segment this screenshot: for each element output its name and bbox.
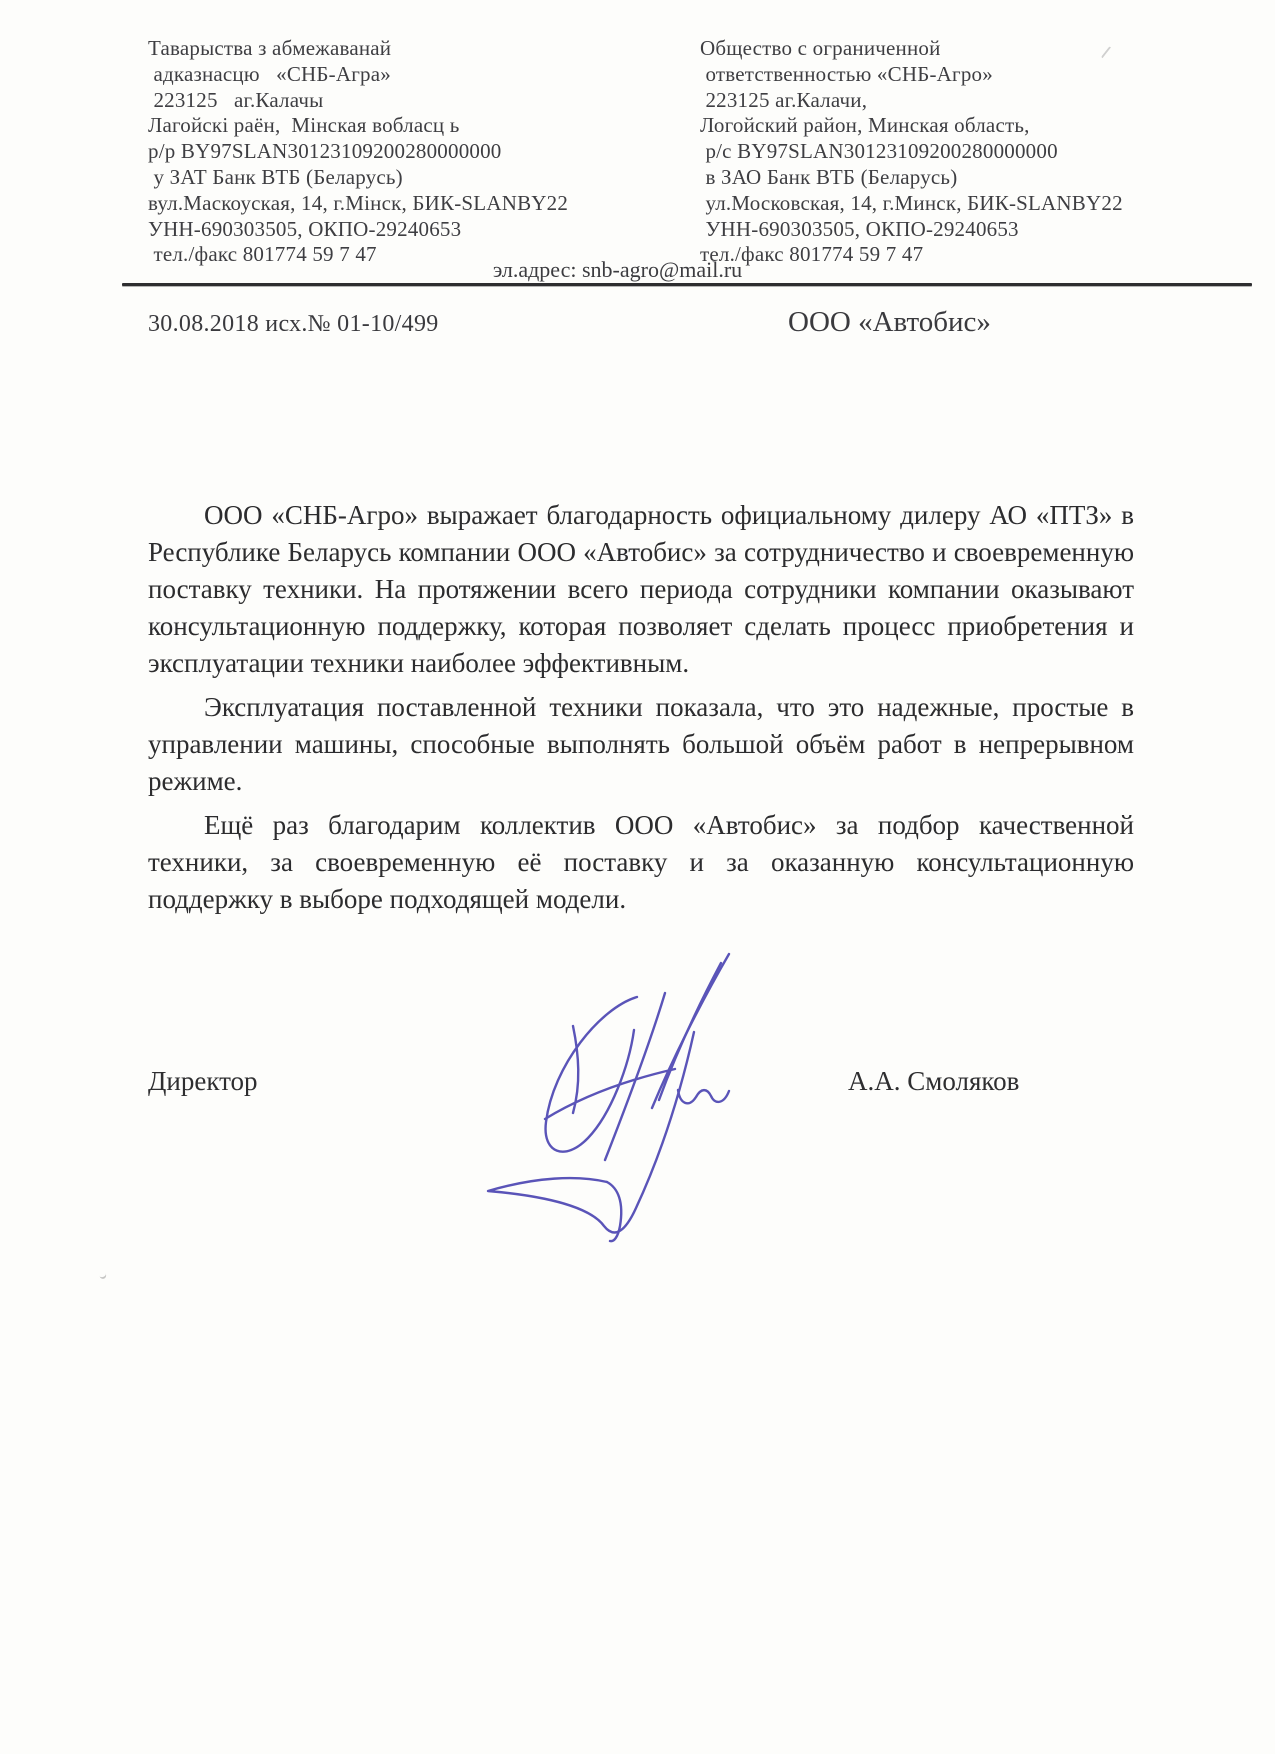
sender-line: Лагойскі раён, Мінская вобласц ь: [148, 113, 568, 139]
sender-line: ответственностью «СНБ-Агро»: [700, 62, 1123, 88]
sender-line: в ЗАО Банк ВТБ (Беларусь): [700, 165, 1123, 191]
sender-line: вул.Маскоуская, 14, г.Мінск, БИК-SLANBY2…: [148, 191, 568, 217]
sender-line: УНН-690303505, ОКПО-29240653: [700, 217, 1123, 243]
sender-line: р/с BY97SLAN30123109200280000000: [700, 139, 1123, 165]
scan-artifact: [98, 1269, 108, 1280]
sender-line: 223125 аг.Калачы: [148, 88, 568, 114]
sender-line: УНН-690303505, ОКПО-29240653: [148, 217, 568, 243]
letterhead-divider: [122, 283, 1252, 286]
sender-line: ул.Московская, 14, г.Минск, БИК-SLANBY22: [700, 191, 1123, 217]
sender-line: Общество с ограниченной: [700, 36, 1123, 62]
recipient-name: ООО «Автобис»: [788, 306, 991, 339]
signature-ink-strokes: [488, 954, 729, 1241]
sender-line: р/р BY97SLAN30123109200280000000: [148, 139, 568, 165]
handwritten-signature: [426, 842, 788, 1244]
sender-line: адказнасцю «СНБ-Агра»: [148, 62, 568, 88]
sender-block-russian: Общество с ограниченной ответственностью…: [700, 36, 1123, 268]
sender-line: Таварыства з абмежаванай: [148, 36, 568, 62]
signer-job-title: Директор: [148, 1066, 258, 1097]
sender-block-belarusian: Таварыства з абмежаванай адказнасцю «СНБ…: [148, 36, 568, 268]
body-paragraph: Эксплуатация поставленной техники показа…: [148, 689, 1134, 800]
body-paragraph: ООО «СНБ-Агро» выражает благодарность оф…: [148, 497, 1134, 682]
email-address-line: эл.адрес: snb-agro@mail.ru: [0, 257, 1255, 283]
sender-line: 223125 аг.Калачи,: [700, 88, 1123, 114]
sender-line: у ЗАТ Банк ВТБ (Беларусь): [148, 165, 568, 191]
signer-name: А.А. Смоляков: [848, 1066, 1019, 1097]
sender-line: Логойский район, Минская область,: [700, 113, 1123, 139]
scanned-letter-page: Таварыства з абмежаванай адказнасцю «СНБ…: [0, 0, 1275, 1754]
date-and-outgoing-number: 30.08.2018 исх.№ 01-10/499: [148, 311, 439, 338]
